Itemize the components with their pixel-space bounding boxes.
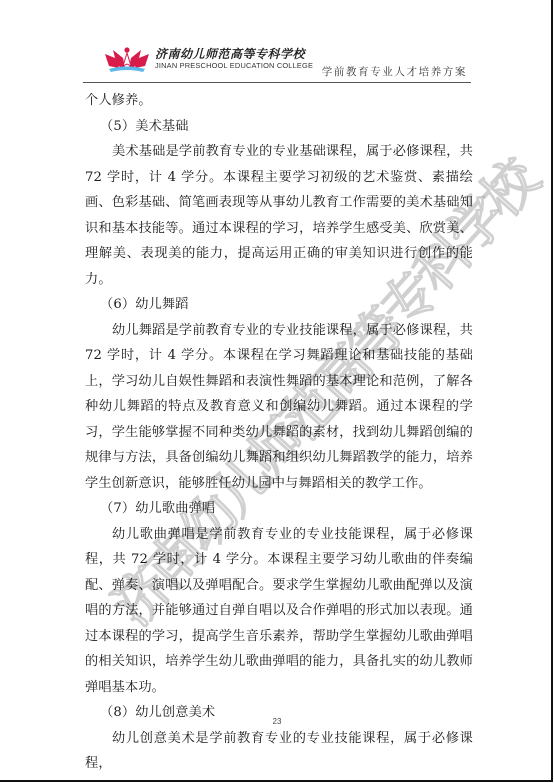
section-paragraph-art-basics: 美术基础是学前教育专业的专业基础课程，属于必修课程，共72 学时，计 4 学分。…	[85, 139, 473, 292]
header-divider	[83, 82, 471, 83]
section-heading-art-basics: （5）美术基础	[85, 114, 473, 140]
section-heading-children-dance: （6）幼儿舞蹈	[85, 292, 473, 318]
document-page: 济南幼儿师范高等专科学校 JINAN PRESCHOOL EDUCATION C…	[0, 0, 553, 782]
intro-fragment: 个人修养。	[85, 88, 473, 114]
lotus-crown-logo-icon	[103, 44, 151, 74]
school-name-chinese: 济南幼儿师范高等专科学校	[155, 45, 305, 62]
school-name-english: JINAN PRESCHOOL EDUCATION COLLEGE	[155, 61, 313, 70]
document-title: 学前教育专业人才培养方案	[322, 64, 467, 79]
page-header: 济南幼儿师范高等专科学校 JINAN PRESCHOOL EDUCATION C…	[83, 40, 471, 84]
section-heading-children-song-accompaniment: （7）幼儿歌曲弹唱	[85, 496, 473, 522]
page-number: 23	[0, 717, 554, 726]
section-paragraph-children-creative-art: 幼儿创意美术是学前教育专业的专业技能课程，属于必修课程，	[85, 726, 473, 777]
section-paragraph-children-song-accompaniment: 幼儿歌曲弹唱是学前教育专业的专业技能课程，属于必修课程，共 72 学时，计 4 …	[85, 522, 473, 701]
document-body: 个人修养。 （5）美术基础 美术基础是学前教育专业的专业基础课程，属于必修课程，…	[85, 88, 473, 777]
section-paragraph-children-dance: 幼儿舞蹈是学前教育专业的专业技能课程，属于必修课程，共72 学时，计 4 学分。…	[85, 318, 473, 497]
